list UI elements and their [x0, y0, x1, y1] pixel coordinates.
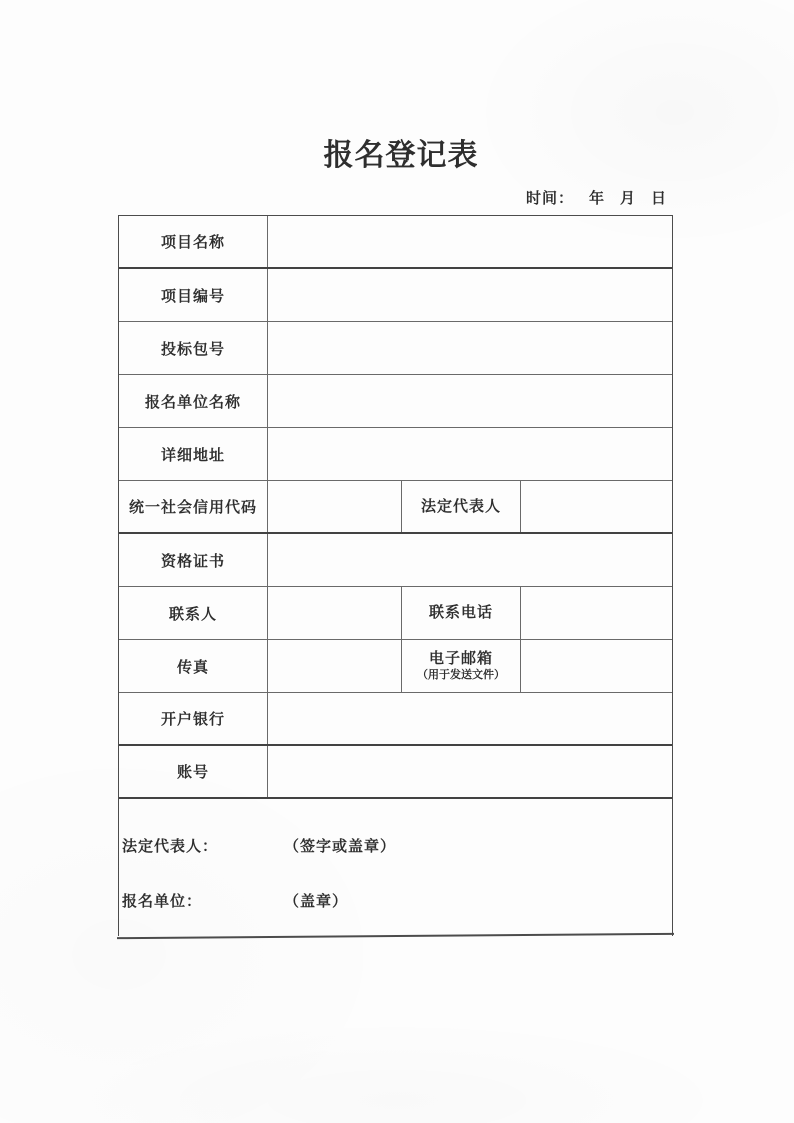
row-value-cell	[520, 587, 672, 639]
row-value-cell	[267, 693, 672, 744]
table-row-bank: 开户银行	[119, 693, 672, 746]
date-line: 时间：年月日	[526, 187, 667, 208]
row-value-cell	[267, 428, 672, 480]
table-bottom-border	[117, 933, 674, 939]
row-label-secondary: 法定代表人	[401, 481, 520, 532]
table-row-account: 账号	[119, 746, 672, 799]
legal-rep-signature-line: 法定代表人： （签字或盖章）	[122, 835, 672, 855]
row-label-secondary-text: 联系电话	[429, 604, 493, 621]
legal-rep-label: 法定代表人：	[122, 835, 218, 856]
row-label: 统一社会信用代码	[119, 481, 267, 532]
signature-section: 法定代表人： （签字或盖章） 报名单位： （盖章）	[119, 799, 672, 936]
row-label-secondary-note: （用于发送文件）	[417, 669, 505, 682]
row-value-cell	[267, 322, 672, 374]
page-title: 报名登记表	[0, 130, 794, 174]
table-row-credit-code: 统一社会信用代码 法定代表人	[119, 481, 672, 534]
date-day: 日	[651, 190, 667, 207]
row-value-cell	[267, 216, 672, 267]
table-row-bid-package: 投标包号	[119, 322, 672, 375]
table-row-project-number: 项目编号	[119, 269, 672, 322]
row-value-cell	[520, 481, 672, 532]
row-value-cell	[267, 587, 401, 639]
table-row-unit-name: 报名单位名称	[119, 375, 672, 428]
row-label: 报名单位名称	[119, 375, 267, 427]
row-value-cell	[267, 481, 401, 532]
date-year: 年	[589, 190, 605, 207]
table-row-address: 详细地址	[119, 428, 672, 481]
row-value-cell	[267, 746, 672, 797]
unit-label: 报名单位：	[122, 890, 202, 911]
unit-note: （盖章）	[284, 890, 348, 911]
table-row-fax-email: 传真 电子邮箱 （用于发送文件）	[119, 640, 672, 693]
row-label: 开户银行	[119, 693, 267, 744]
row-value-cell	[267, 375, 672, 427]
row-label: 联系人	[119, 587, 267, 639]
row-label: 账号	[119, 746, 267, 797]
row-value-cell	[267, 640, 401, 692]
row-value-cell	[520, 640, 672, 692]
date-month: 月	[620, 190, 636, 207]
row-label-secondary-text: 法定代表人	[421, 498, 501, 515]
row-label: 资格证书	[119, 534, 267, 586]
table-row-project-name: 项目名称	[119, 216, 672, 269]
legal-rep-note: （签字或盖章）	[284, 835, 396, 856]
row-label-secondary: 电子邮箱 （用于发送文件）	[401, 640, 520, 692]
unit-seal-line: 报名单位： （盖章）	[122, 890, 672, 910]
row-label: 投标包号	[119, 322, 267, 374]
row-label: 详细地址	[119, 428, 267, 480]
row-label: 项目编号	[119, 269, 267, 321]
table-row-qualification: 资格证书	[119, 534, 672, 587]
row-label: 项目名称	[119, 216, 267, 267]
registration-form-table: 项目名称 项目编号 投标包号 报名单位名称 详细地址 统一社会信用代码 法定代表…	[118, 215, 673, 936]
row-label: 传真	[119, 640, 267, 692]
table-row-contact: 联系人 联系电话	[119, 587, 672, 640]
row-label-secondary-text: 电子邮箱	[429, 650, 493, 667]
row-label-secondary: 联系电话	[401, 587, 520, 639]
date-prefix: 时间：	[526, 190, 574, 207]
row-value-cell	[267, 269, 672, 321]
row-value-cell	[267, 534, 672, 586]
